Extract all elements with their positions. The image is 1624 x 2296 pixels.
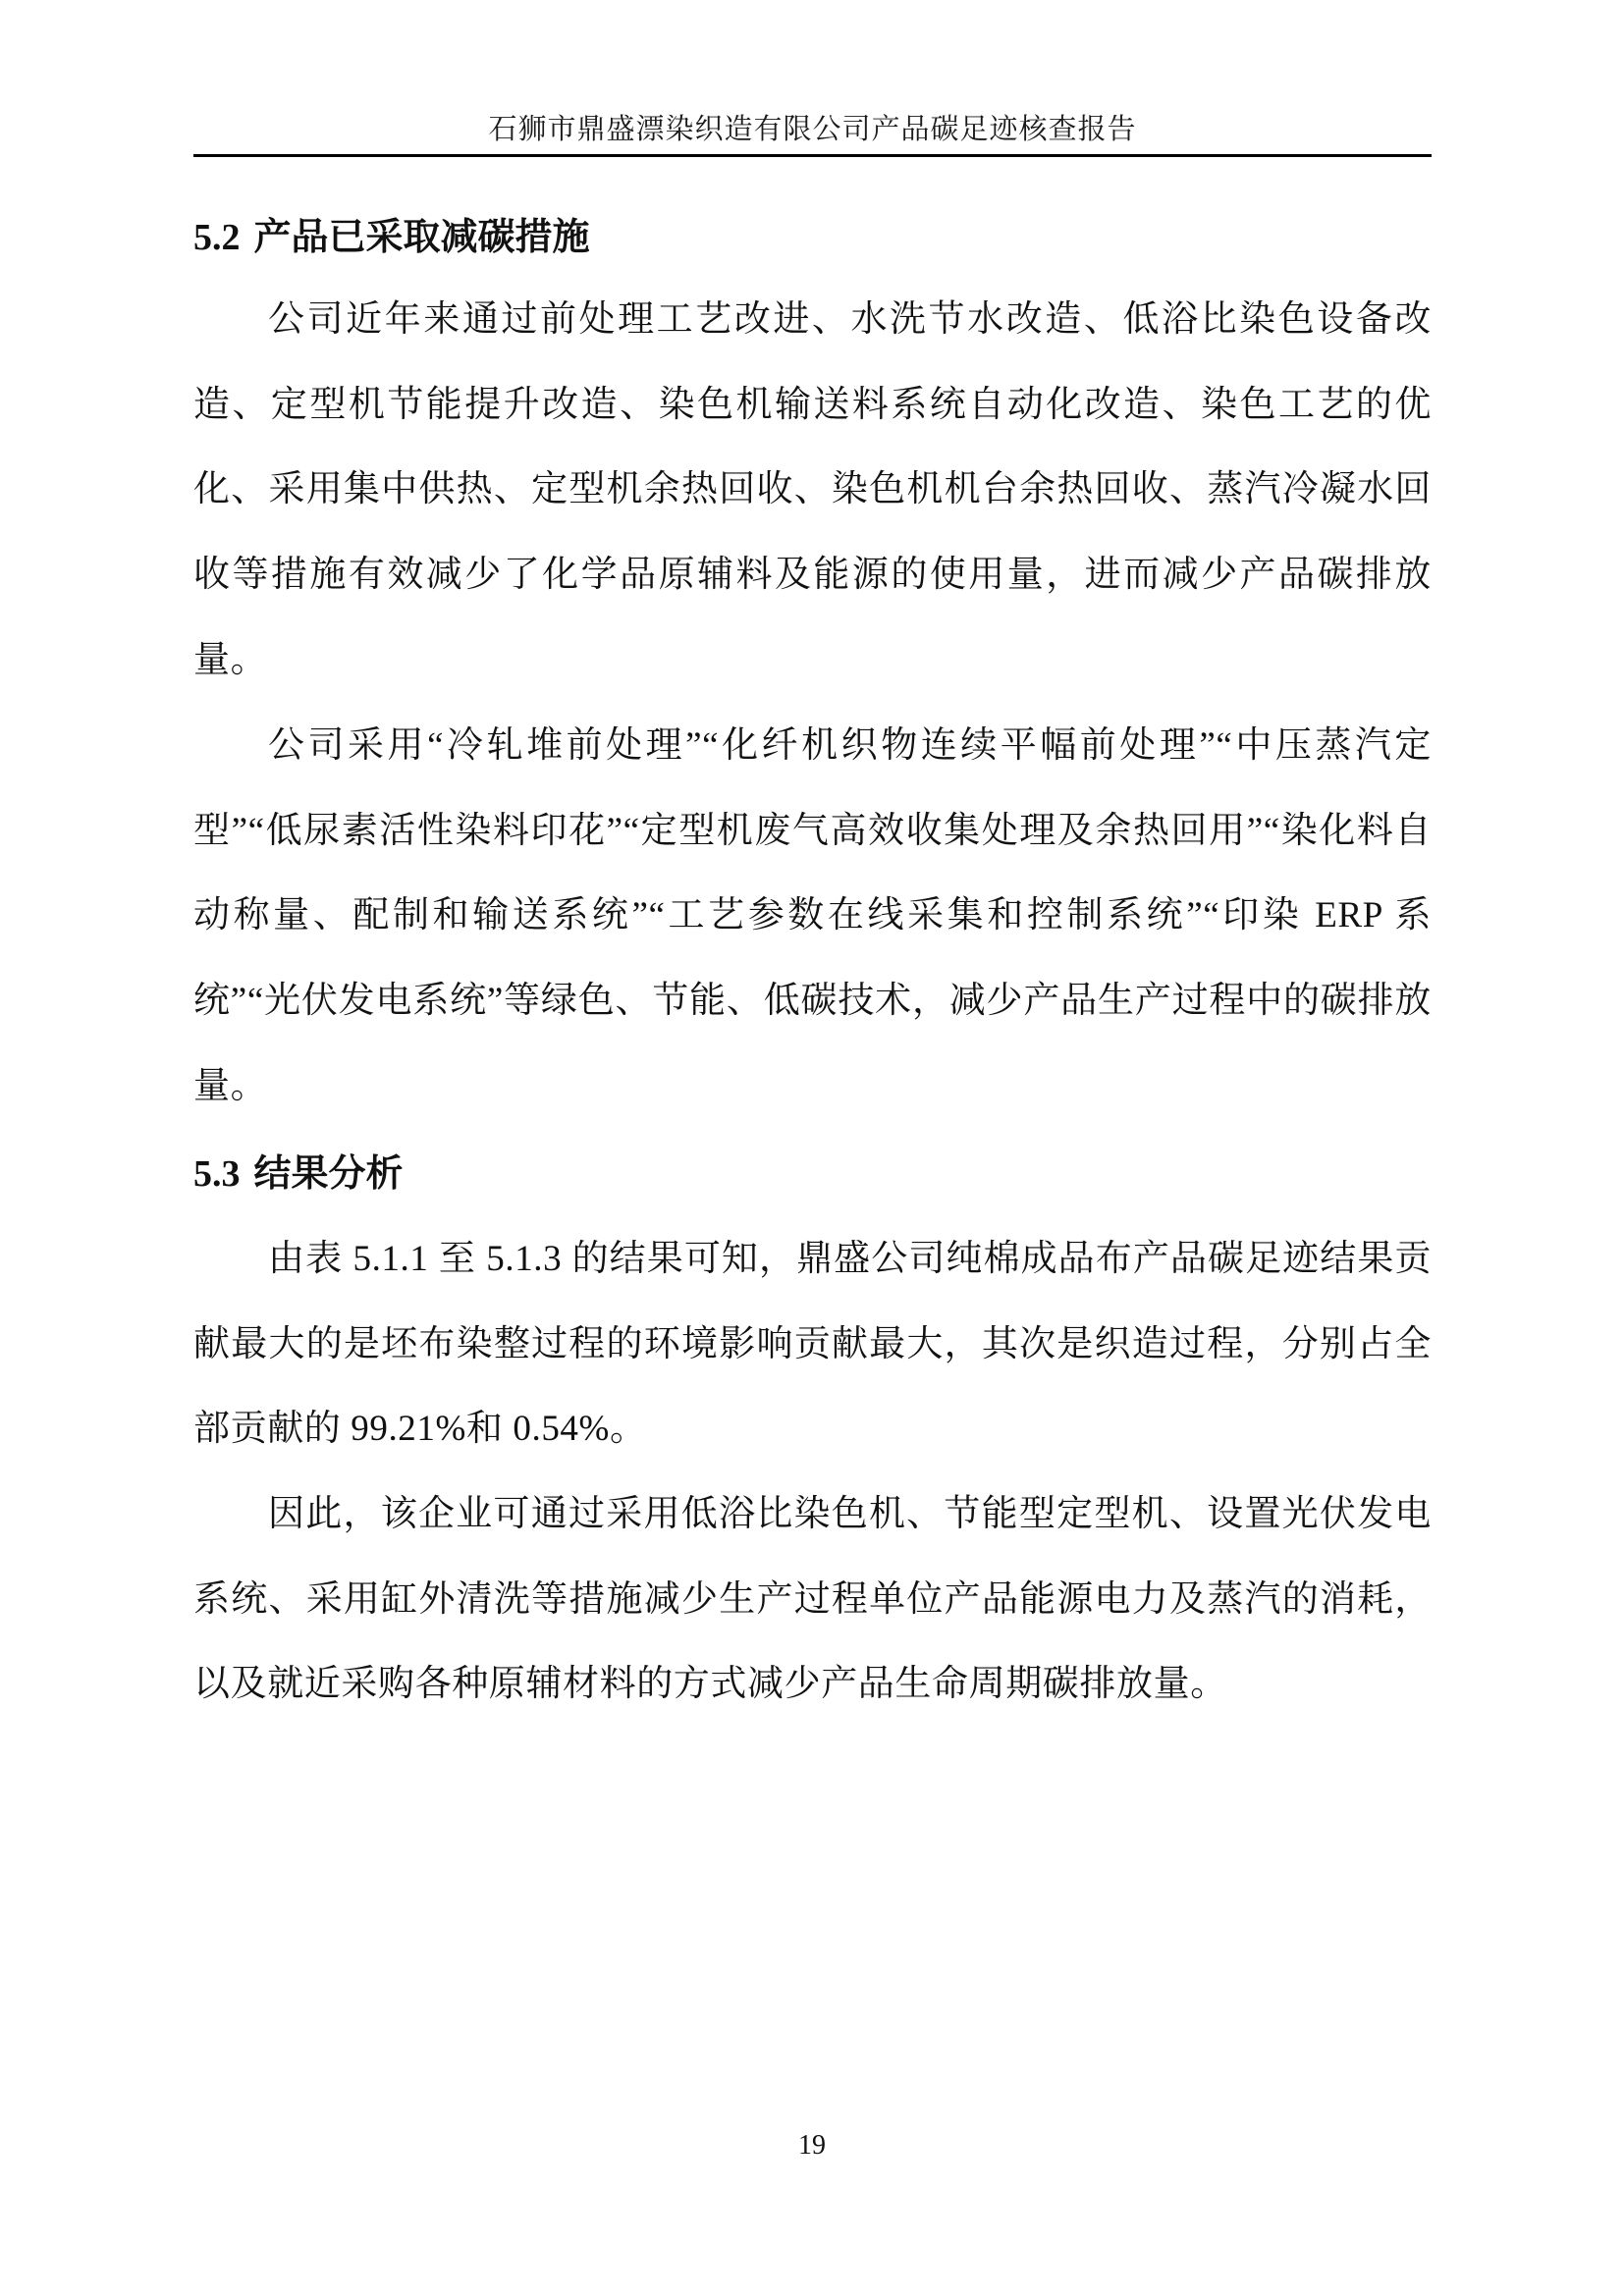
section-number: 5.3 [193,1153,241,1195]
section-title: 结果分析 [254,1153,404,1195]
section-heading-5-3: 5.3结果分析 [193,1150,404,1198]
paragraph: 公司近年来通过前处理工艺改进、水洗节水改造、低浴比染色设备改造、定型机节能提升改… [193,278,1432,704]
running-header: 石狮市鼎盛漂染织造有限公司产品碳足迹核查报告 [193,110,1432,149]
paragraph: 公司采用“冷轧堆前处理”“化纤机织物连续平幅前处理”“中压蒸汽定型”“低尿素活性… [193,704,1432,1130]
header-divider [193,154,1432,157]
paragraph: 因此，该企业可通过采用低浴比染色机、节能型定型机、设置光伏发电系统、采用缸外清洗… [193,1472,1432,1728]
section-number: 5.2 [193,217,241,258]
paragraph: 由表 5.1.1 至 5.1.3 的结果可知，鼎盛公司纯棉成品布产品碳足迹结果贡… [193,1217,1432,1472]
section-heading-5-2: 5.2产品已采取减碳措施 [193,214,590,261]
section-title: 产品已采取减碳措施 [254,217,590,258]
page-number: 19 [0,2128,1624,2163]
